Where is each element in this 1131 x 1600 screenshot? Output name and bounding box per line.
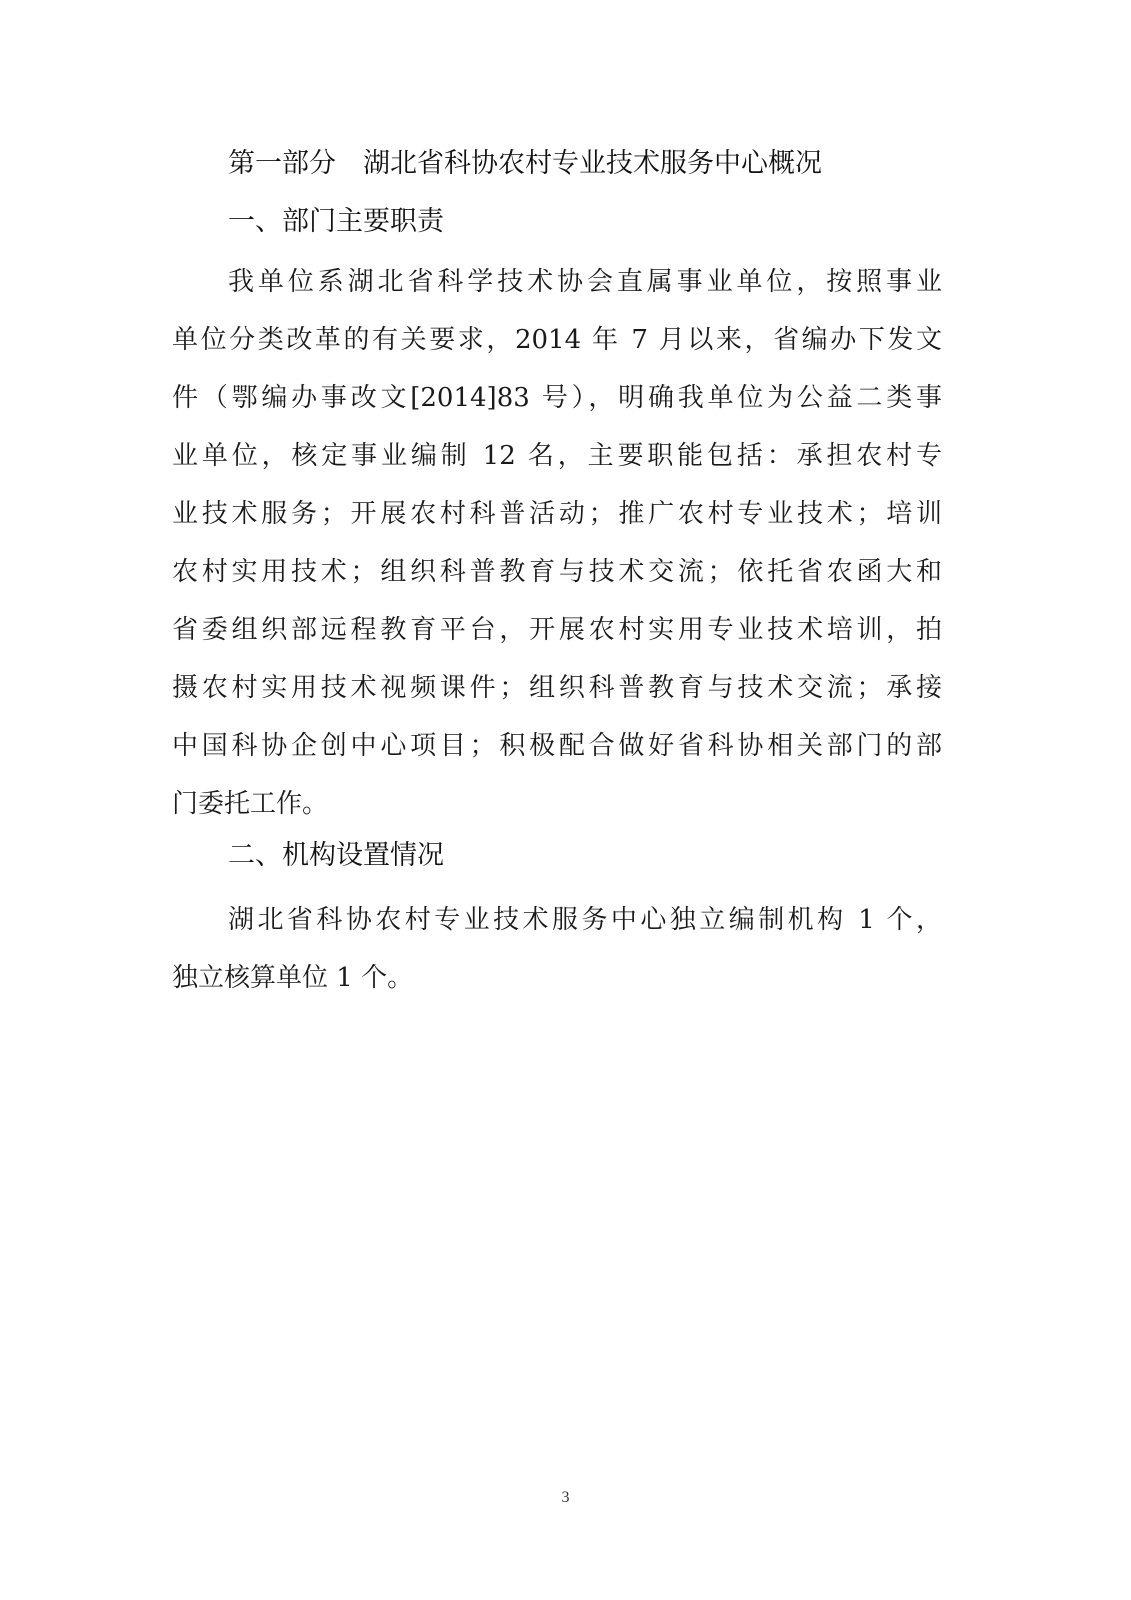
paragraph-line: 湖北省科协农村专业技术服务中心独立编制机构 1 个， <box>228 902 942 938</box>
paragraph-line: 省委组织部远程教育平台，开展农村实用专业技术培训，拍 <box>172 612 942 648</box>
paragraph-line: 中国科协企创中心项目；积极配合做好省科协相关部门的部 <box>172 728 942 764</box>
paragraph-line: 摄农村实用技术视频课件；组织科普教育与技术交流；承接 <box>172 670 942 706</box>
paragraph-line: 业单位，核定事业编制 12 名，主要职能包括：承担农村专 <box>172 438 942 474</box>
paragraph-line: 农村实用技术；组织科普教育与技术交流；依托省农函大和 <box>172 554 942 590</box>
section-heading-duties: 一、部门主要职责 <box>228 204 444 240</box>
paragraph-line: 业技术服务；开展农村科普活动；推广农村专业技术；培训 <box>172 496 942 532</box>
document-page: 第一部分 湖北省科协农村专业技术服务中心概况 一、部门主要职责 我单位系湖北省科… <box>0 0 1131 1600</box>
paragraph-line: 门委托工作。 <box>172 786 942 822</box>
page-number: 3 <box>0 1489 1131 1507</box>
section-heading-structure: 二、机构设置情况 <box>228 838 444 874</box>
paragraph-line: 独立核算单位 1 个。 <box>172 960 942 996</box>
paragraph-line: 单位分类改革的有关要求，2014 年 7 月以来，省编办下发文 <box>172 322 942 358</box>
paragraph-line: 我单位系湖北省科学技术协会直属事业单位，按照事业 <box>228 264 942 300</box>
paragraph-line: 件（鄂编办事改文[2014]83 号），明确我单位为公益二类事 <box>172 380 942 416</box>
part-title: 第一部分 湖北省科协农村专业技术服务中心概况 <box>228 146 822 182</box>
